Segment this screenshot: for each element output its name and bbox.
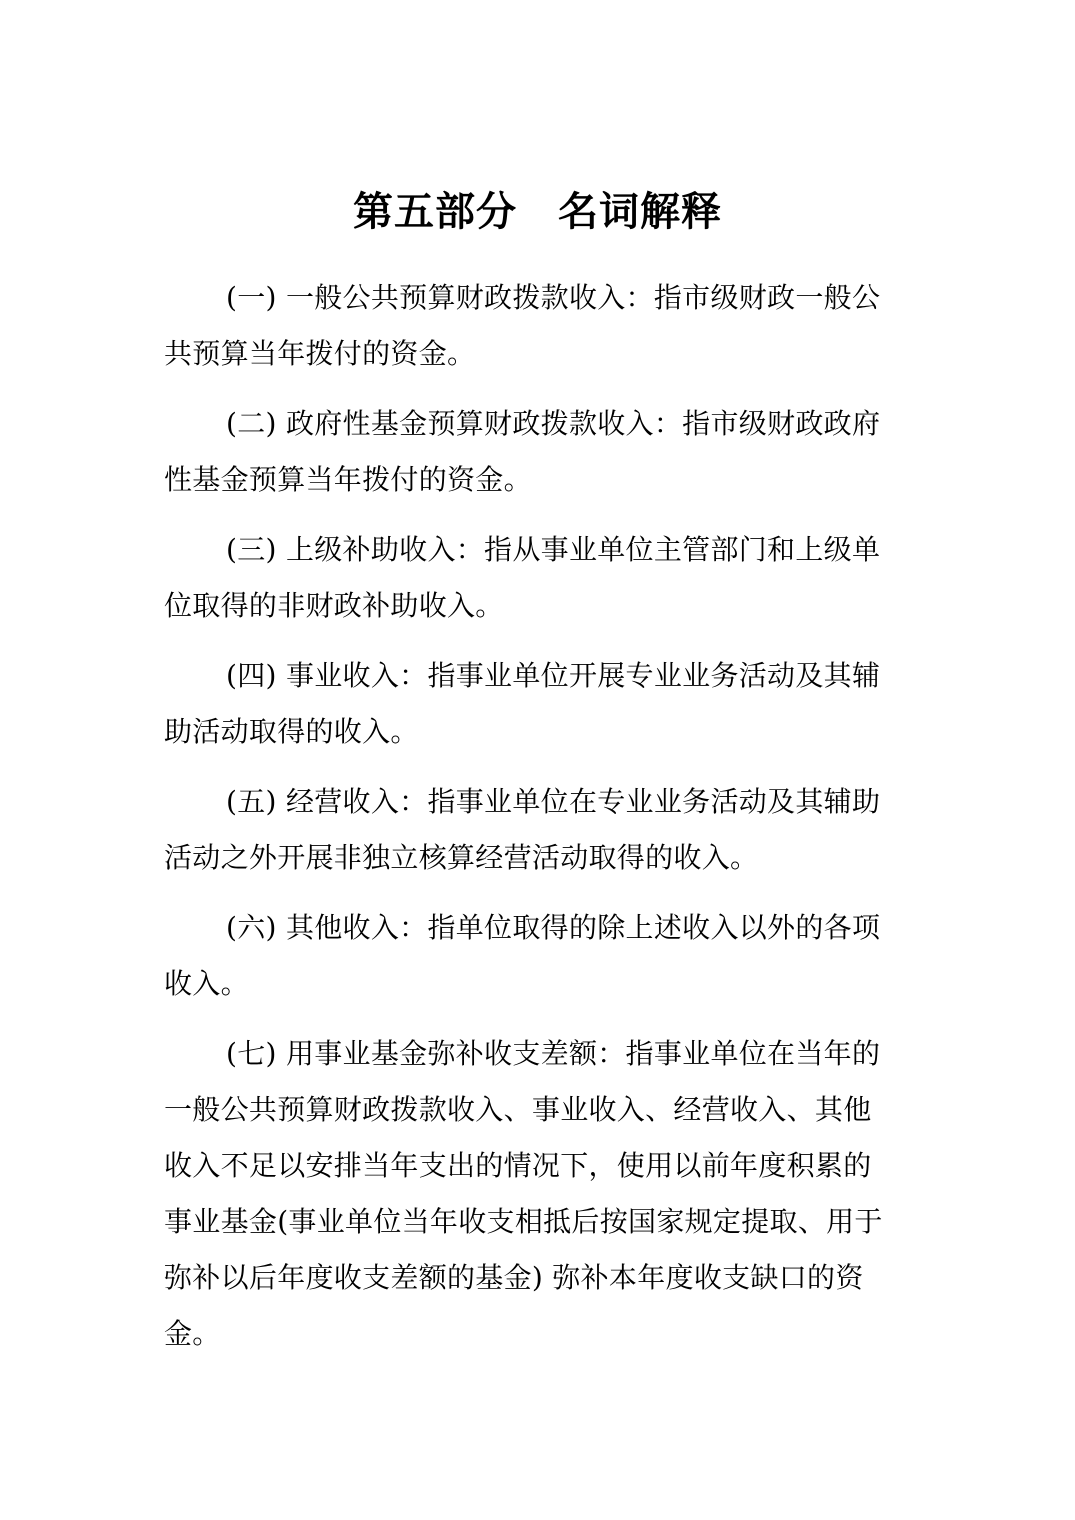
paragraph-line: 助活动取得的收入。 <box>164 704 904 760</box>
paragraph-line: 活动之外开展非独立核算经营活动取得的收入。 <box>164 830 904 886</box>
paragraph-line: 金。 <box>164 1306 904 1362</box>
paragraph-line: 共预算当年拨付的资金。 <box>164 326 904 382</box>
definition-paragraph-5: (五) 经营收入：指事业单位在专业业务活动及其辅助 活动之外开展非独立核算经营活… <box>164 774 904 886</box>
paragraph-line: (四) 事业收入：指事业单位开展专业业务活动及其辅 <box>164 648 904 704</box>
paragraph-line: 性基金预算当年拨付的资金。 <box>164 452 904 508</box>
definition-paragraph-1: (一) 一般公共预算财政拨款收入：指市级财政一般公 共预算当年拨付的资金。 <box>164 270 904 382</box>
paragraph-line: (三) 上级补助收入：指从事业单位主管部门和上级单 <box>164 522 904 578</box>
definition-paragraph-3: (三) 上级补助收入：指从事业单位主管部门和上级单 位取得的非财政补助收入。 <box>164 522 904 634</box>
paragraph-line: 收入不足以安排当年支出的情况下，使用以前年度积累的 <box>164 1138 904 1194</box>
paragraph-line: 弥补以后年度收支差额的基金) 弥补本年度收支缺口的资 <box>164 1250 904 1306</box>
definition-paragraph-6: (六) 其他收入：指单位取得的除上述收入以外的各项 收入。 <box>164 900 904 1012</box>
definition-paragraph-4: (四) 事业收入：指事业单位开展专业业务活动及其辅 助活动取得的收入。 <box>164 648 904 760</box>
paragraph-line: 事业基金(事业单位当年收支相抵后按国家规定提取、用于 <box>164 1194 904 1250</box>
paragraph-line: 一般公共预算财政拨款收入、事业收入、经营收入、其他 <box>164 1082 904 1138</box>
paragraph-line: (七) 用事业基金弥补收支差额：指事业单位在当年的 <box>164 1026 904 1082</box>
paragraph-line: (二) 政府性基金预算财政拨款收入：指市级财政政府 <box>164 396 904 452</box>
definition-paragraph-2: (二) 政府性基金预算财政拨款收入：指市级财政政府 性基金预算当年拨付的资金。 <box>164 396 904 508</box>
page-title: 第五部分 名词解释 <box>0 184 1075 240</box>
definition-paragraph-7: (七) 用事业基金弥补收支差额：指事业单位在当年的 一般公共预算财政拨款收入、事… <box>164 1026 904 1362</box>
paragraph-line: (六) 其他收入：指单位取得的除上述收入以外的各项 <box>164 900 904 956</box>
paragraph-line: 收入。 <box>164 956 904 1012</box>
paragraph-line: (五) 经营收入：指事业单位在专业业务活动及其辅助 <box>164 774 904 830</box>
paragraph-line: (一) 一般公共预算财政拨款收入：指市级财政一般公 <box>164 270 904 326</box>
document-page: 第五部分 名词解释 (一) 一般公共预算财政拨款收入：指市级财政一般公 共预算当… <box>0 0 1075 1520</box>
paragraph-line: 位取得的非财政补助收入。 <box>164 578 904 634</box>
